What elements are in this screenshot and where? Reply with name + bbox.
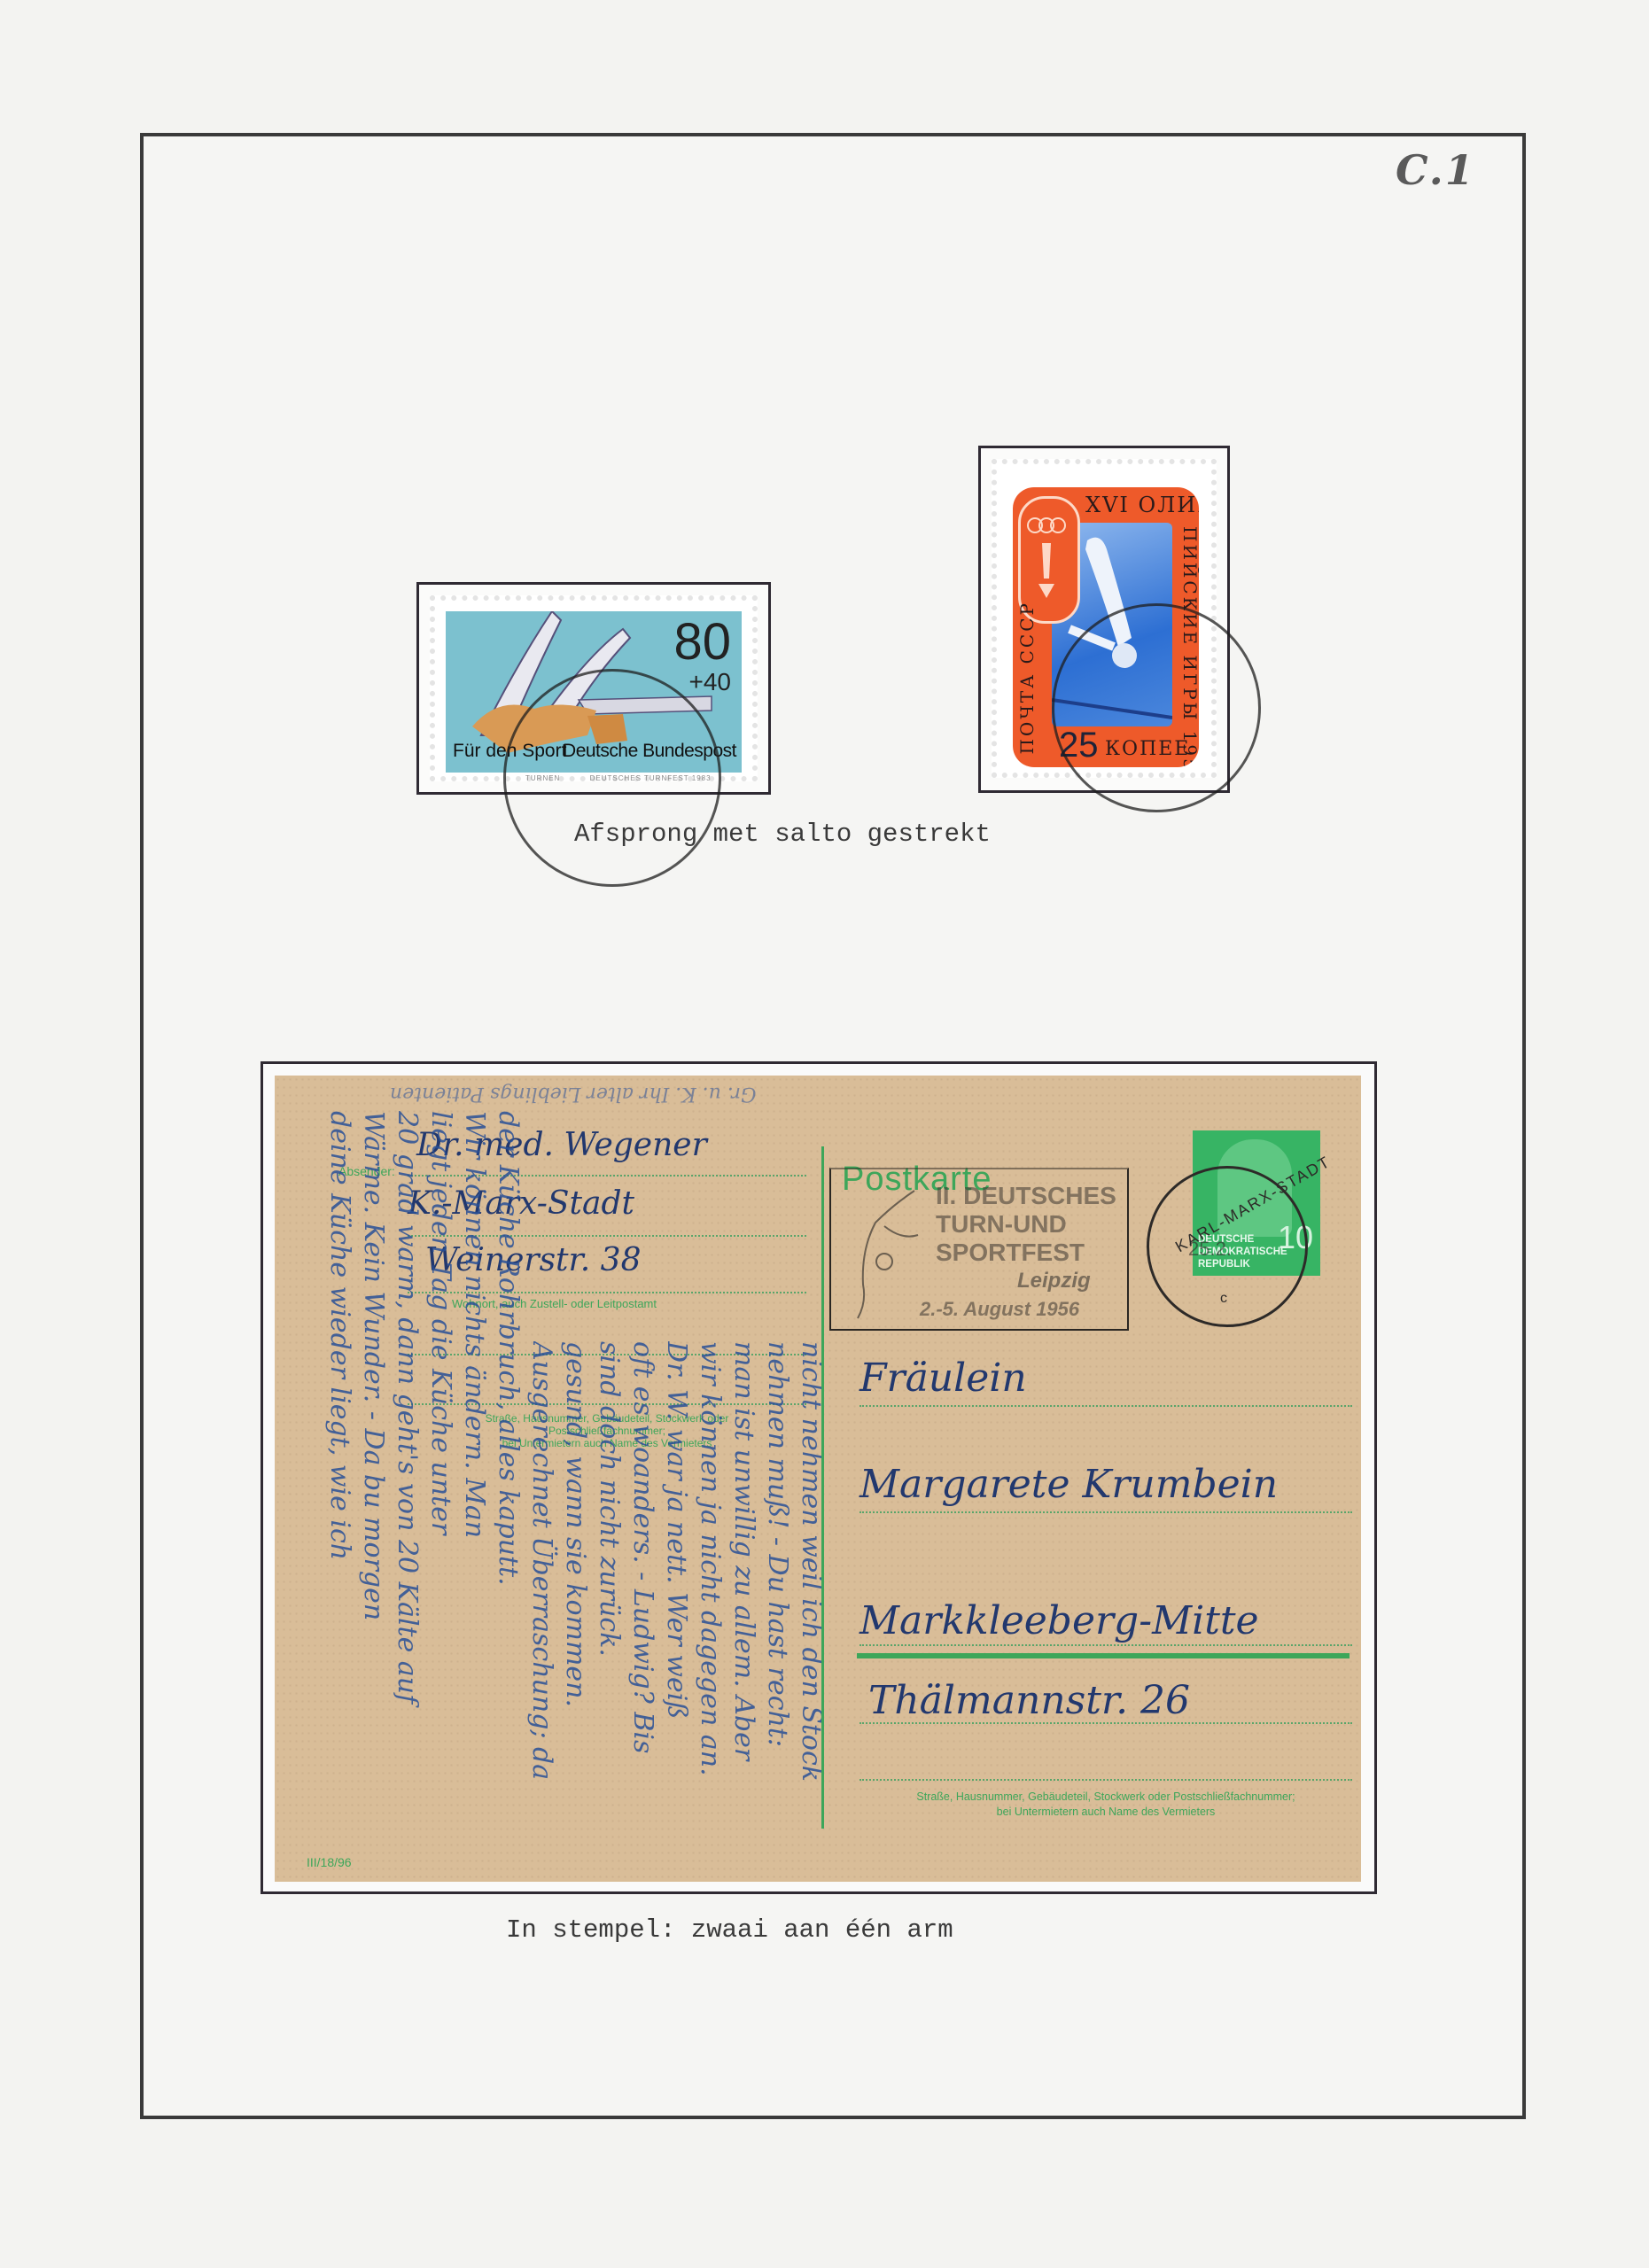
recipient-line [860, 1779, 1352, 1781]
olympic-rings-torch-icon [1021, 499, 1072, 616]
postcard: Gr. u. K. Ihr alter Lieblings Patienten … [275, 1076, 1361, 1882]
message-column: nehmen muß! - Du hast recht: [759, 1341, 795, 1864]
greeting-upside-down: Gr. u. K. Ihr alter Lieblings Patienten [390, 1083, 757, 1105]
message-column: gesund, wann sie kommen. [557, 1341, 593, 1864]
recipient-street: Thälmannstr. 26 [868, 1678, 1190, 1723]
message-column: man ist unwillig zu allem. Aber [726, 1341, 761, 1864]
recipient-line [860, 1644, 1352, 1646]
recipient-city: Markkleeberg-Mitte [860, 1598, 1259, 1643]
message-column: Dr. W. war ja nett. Wer weiß [658, 1341, 694, 1864]
recipient-name: Margarete Krumbein [860, 1462, 1278, 1507]
message-column: sind doch nicht zurück. [591, 1341, 626, 1864]
page-number: C.1 [1396, 146, 1475, 194]
stamps-caption: Afsprong met salto gestrekt [574, 819, 991, 849]
message-column: liegt jeden Tag die Küche unter [423, 1111, 458, 1864]
postmark-ring [1052, 603, 1261, 812]
message-column: deine Küche wieder liegt, wie ich [322, 1111, 357, 1864]
message-column: 20 grad warm, dann geht's von 20 Kälte a… [389, 1111, 424, 1864]
stamp-mount-bundespost: 80 +40 Für den Sport Deutsche Bundespost… [416, 582, 771, 795]
divider-line [821, 1146, 824, 1829]
slogan-text: II. DEUTSCHES TURN-UND SPORTFEST [936, 1182, 1116, 1267]
recipient-line [860, 1722, 1352, 1724]
message-column: Ausgerechnet Überraschung; da [524, 1341, 559, 1864]
stamp-value: 80 [673, 617, 731, 668]
slogan-postmark: II. DEUTSCHES TURN-UND SPORTFEST Leipzig… [829, 1168, 1129, 1331]
message-column: oft es woanders. - Ludwig? Bis [625, 1341, 660, 1864]
recipient-line [860, 1405, 1352, 1407]
slogan-city: Leipzig [1017, 1269, 1091, 1293]
message-column: wir können ja nicht dagegen an. [692, 1341, 727, 1864]
recipient-line [860, 1511, 1352, 1513]
postmark-code: c [1220, 1291, 1227, 1307]
postcard-caption: In stempel: zwaai aan één arm [506, 1915, 953, 1945]
recipient-salutation: Fräulein [860, 1355, 1027, 1401]
stamp-left-text: ПОЧТА СССР [1016, 601, 1038, 755]
gymnast-one-arm-swing-icon [831, 1169, 929, 1325]
hint-line: bei Untermietern auch Name des Vermieter… [860, 1805, 1352, 1820]
hint-line: Straße, Hausnummer, Gebäudeteil, Stockwe… [860, 1790, 1352, 1805]
message-column: Wir können nichts ändern. Man [456, 1111, 492, 1864]
recipient-street-hint: Straße, Hausnummer, Gebäudeteil, Stockwe… [860, 1790, 1352, 1820]
slogan-date: 2.-5. August 1956 [920, 1298, 1079, 1321]
postmark-ring [503, 669, 721, 887]
message-column: Wärme. Kein Wunder. - Da bu morgen [355, 1111, 391, 1864]
message-column: der Küche Rohrbruch, alles kaputt. [490, 1111, 525, 1864]
round-postmark: KARL-MARX-STADT 25.2. c [1147, 1166, 1308, 1327]
city-underline [857, 1653, 1350, 1658]
stamp-top-text: XVI ОЛИМ [1085, 493, 1199, 517]
postmark-date: 25.2. [1188, 1238, 1232, 1261]
stamp-surcharge: +40 [689, 668, 732, 696]
stamp-mount-ussr: XVI ОЛИМ ПИЙСКИЕ ИГРЫ 1956 ПОЧТА СССР 25… [978, 446, 1230, 793]
